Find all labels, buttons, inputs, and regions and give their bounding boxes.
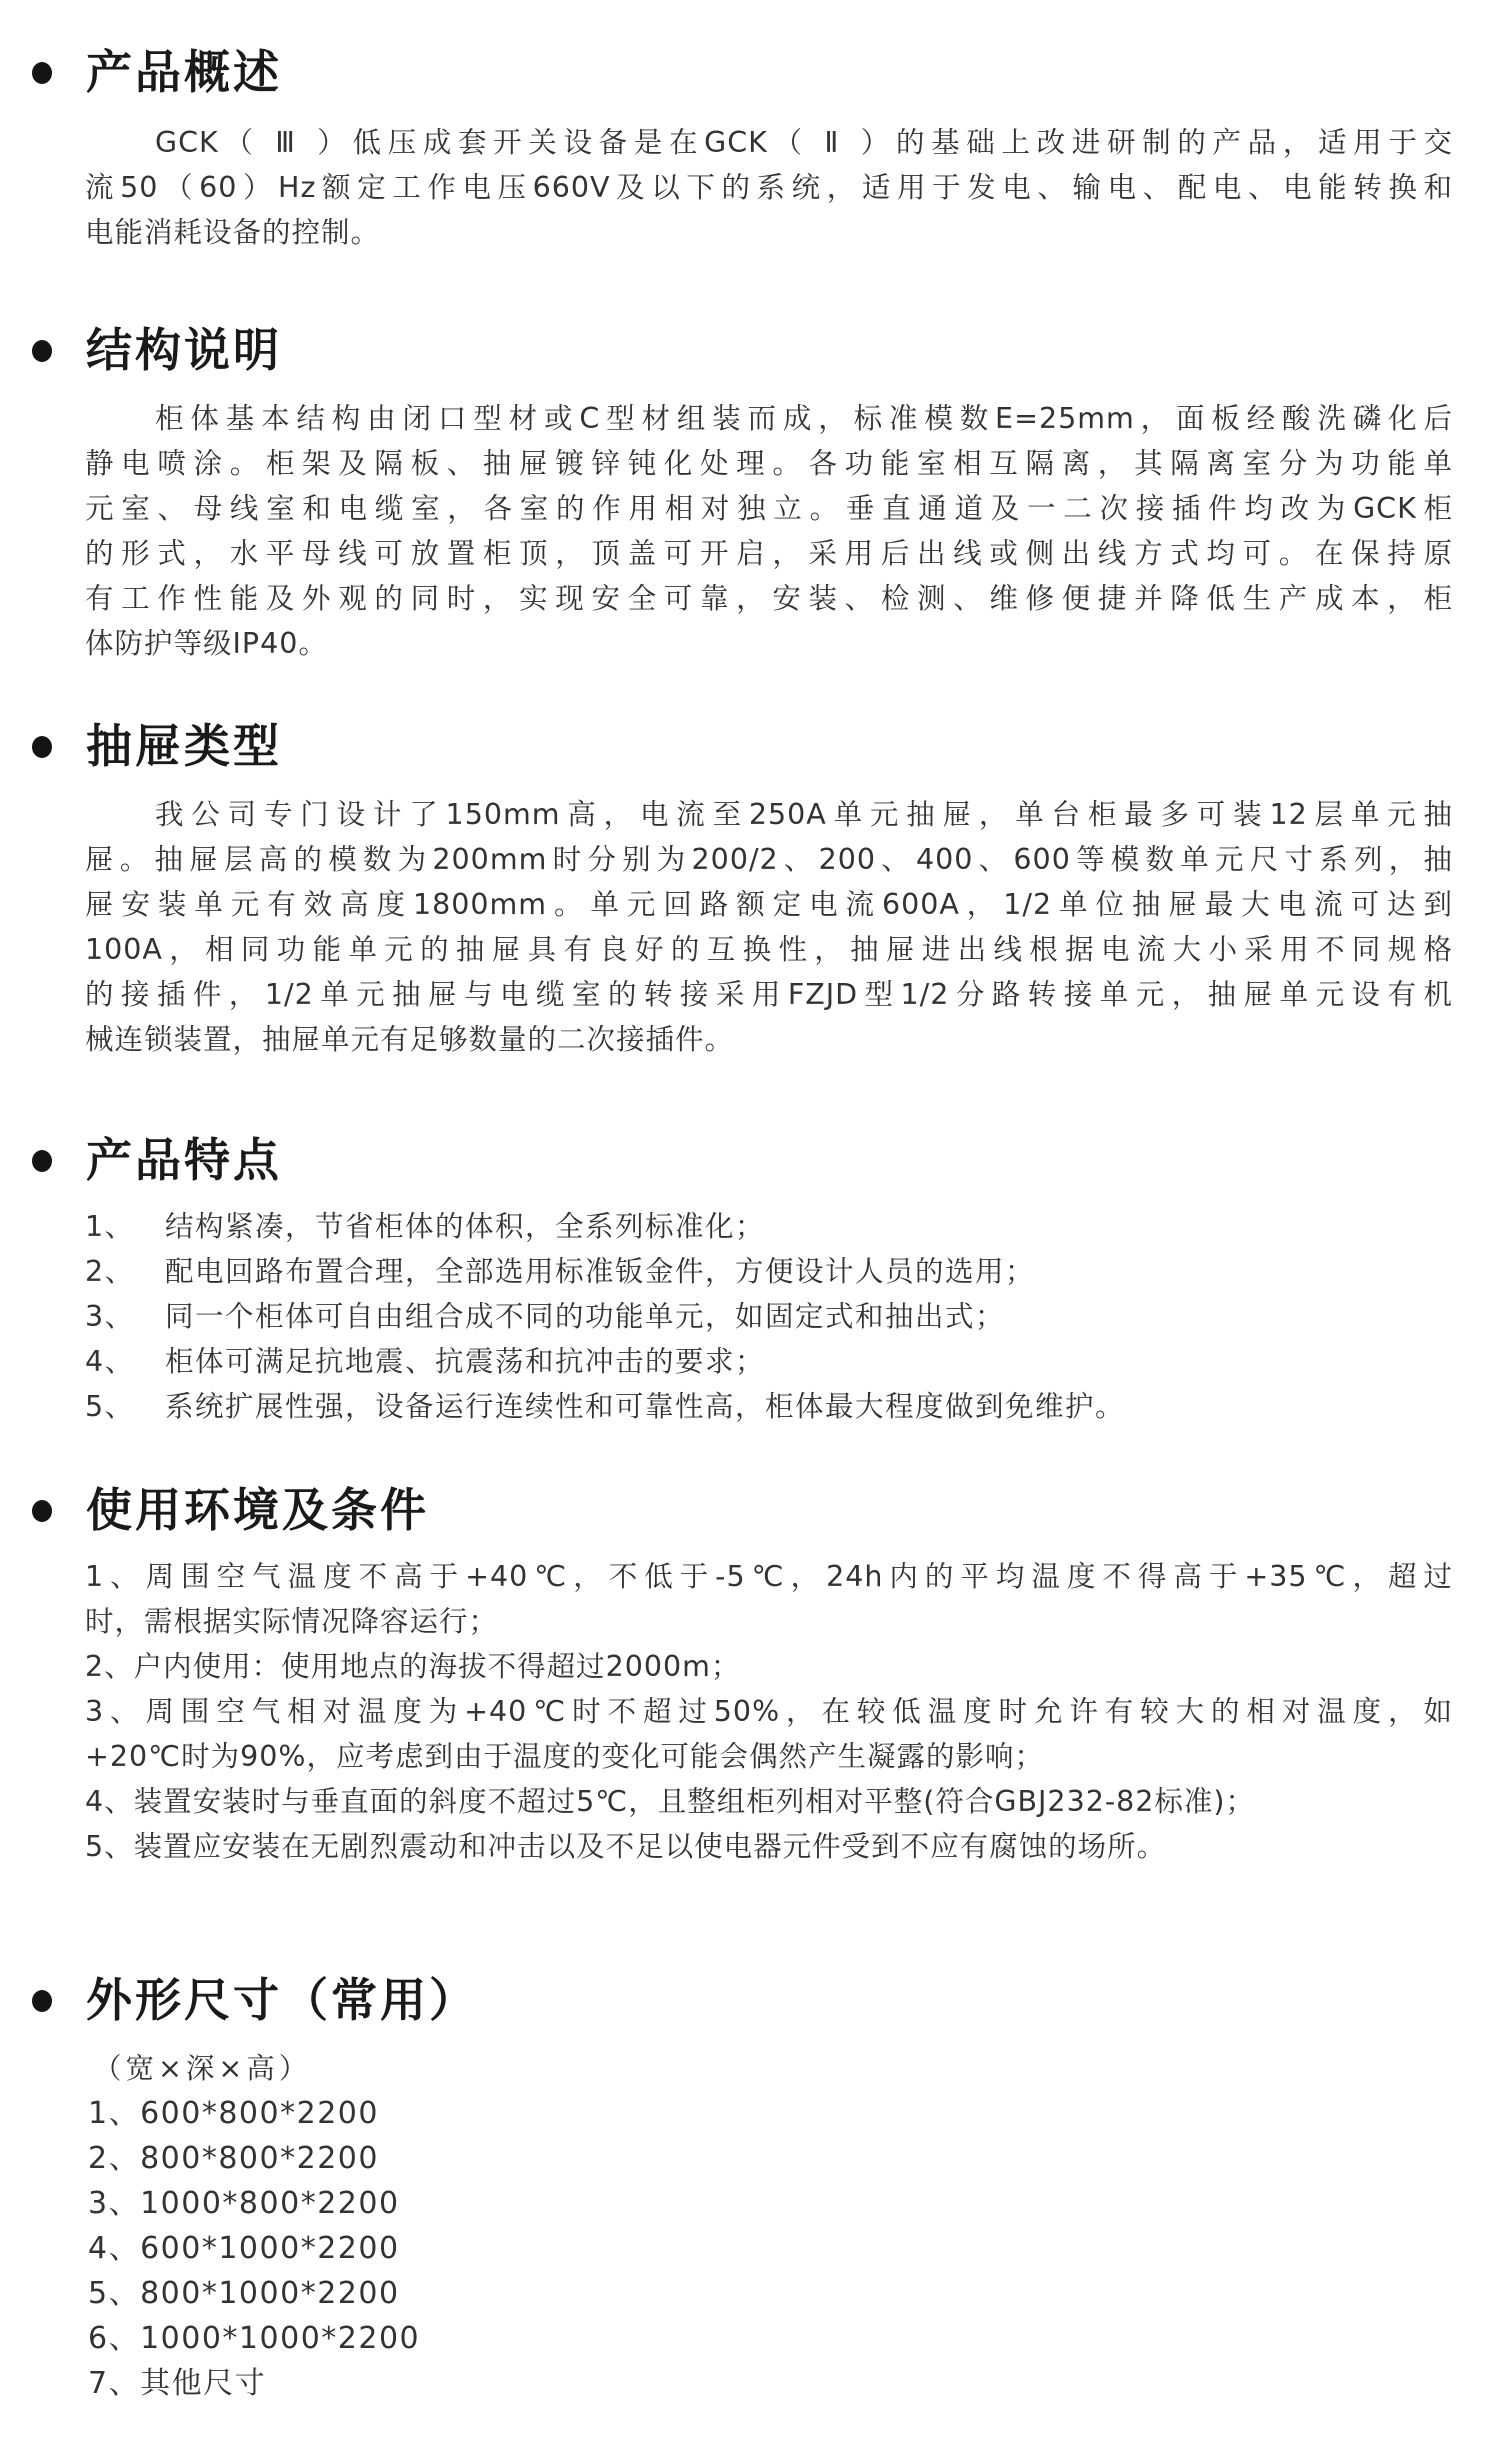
item-number: 1、 [85, 1204, 135, 1249]
item-text: 同一个柜体可自由组合成不同的功能单元，如固定式和抽出式； [165, 1294, 1005, 1339]
list-item: 1、 结构紧凑，节省柜体的体积，全系列标准化； [85, 1204, 1453, 1249]
section-title: 抽屉类型 [86, 716, 282, 776]
list-item: 1、600*800*2200 [85, 2091, 1453, 2136]
paragraph-line: 100A，相同功能单元的抽屉具有良好的互换性，抽屉进出线根据电流大小采用不同规格 [85, 927, 1453, 972]
paragraph-line: 屉安装单元有效高度1800mm。单元回路额定电流600A，1/2单位抽屉最大电流… [85, 882, 1453, 927]
paragraph-line: 流50（60）Hz额定工作电压660V及以下的系统，适用于发电、输电、配电、电能… [85, 165, 1453, 210]
bullet-icon [32, 340, 52, 362]
paragraph-line: 我公司专门设计了150mm高，电流至250A单元抽屉，单台柜最多可装12层单元抽 [85, 792, 1453, 837]
item-text: 结构紧凑，节省柜体的体积，全系列标准化； [165, 1204, 765, 1249]
item-number: 2、 [85, 1249, 135, 1294]
paragraph-line: 柜体基本结构由闭口型材或C型材组装而成，标准模数E=25mm，面板经酸洗磷化后 [85, 396, 1453, 441]
condition-line: 时，需根据实际情况降容运行； [85, 1599, 1453, 1644]
paragraph-line: 静电喷涂。柜架及隔板、抽屉镀锌钝化处理。各功能室相互隔离，其隔离室分为功能单 [85, 441, 1453, 486]
list-item: 5、800*1000*2200 [85, 2271, 1453, 2316]
bullet-icon [32, 1990, 52, 2012]
section-heading: 外形尺寸（常用） [0, 1970, 1500, 2030]
list-item: 4、600*1000*2200 [85, 2226, 1453, 2271]
item-number: 4、 [85, 1339, 135, 1384]
section-body: 柜体基本结构由闭口型材或C型材组装而成，标准模数E=25mm，面板经酸洗磷化后 … [85, 396, 1453, 666]
paragraph-line: 的接插件，1/2单元抽屉与电缆室的转接采用FZJD型1/2分路转接单元，抽屉单元… [85, 972, 1453, 1017]
paragraph-line: 体防护等级IP40。 [85, 621, 1453, 666]
list-item: 6、1000*1000*2200 [85, 2316, 1453, 2361]
list-item: 4、 柜体可满足抗地震、抗震荡和抗冲击的要求； [85, 1339, 1453, 1384]
section-title: 外形尺寸（常用） [86, 1970, 478, 2030]
list-item: 2、800*800*2200 [85, 2136, 1453, 2181]
item-number: 3、 [85, 1294, 135, 1339]
paragraph-line: 元室、母线室和电缆室，各室的作用相对独立。垂直通道及一二次接插件均改为GCK柜 [85, 486, 1453, 531]
item-text: 系统扩展性强，设备运行连续性和可靠性高，柜体最大程度做到免维护。 [165, 1384, 1125, 1429]
section-overview: 产品概述 GCK（ Ⅲ ）低压成套开关设备是在GCK（ Ⅱ ）的基础上改进研制的… [0, 42, 1500, 102]
condition-line: +20℃时为90%，应考虑到由于温度的变化可能会偶然产生凝露的影响； [85, 1734, 1453, 1779]
list-item: 3、1000*800*2200 [85, 2181, 1453, 2226]
section-dimensions: 外形尺寸（常用） （宽×深×高） 1、600*800*2200 2、800*80… [0, 1970, 1500, 2030]
condition-line: 5、装置应安装在无剧烈震动和冲击以及不足以使电器元件受到不应有腐蚀的场所。 [85, 1824, 1453, 1869]
section-drawer-types: 抽屉类型 我公司专门设计了150mm高，电流至250A单元抽屉，单台柜最多可装1… [0, 716, 1500, 776]
bullet-icon [32, 736, 52, 758]
paragraph-line: 的形式，水平母线可放置柜顶，顶盖可开启，采用后出线或侧出线方式均可。在保持原 [85, 531, 1453, 576]
dimension-subtitle: （宽×深×高） [85, 2046, 1453, 2091]
list-item: 3、 同一个柜体可自由组合成不同的功能单元，如固定式和抽出式； [85, 1294, 1453, 1339]
section-structure: 结构说明 柜体基本结构由闭口型材或C型材组装而成，标准模数E=25mm，面板经酸… [0, 320, 1500, 380]
condition-line: 3、周围空气相对温度为+40℃时不超过50%，在较低温度时允许有较大的相对温度，… [85, 1689, 1453, 1734]
bullet-icon [32, 1150, 52, 1172]
paragraph-line: 械连锁装置，抽屉单元有足够数量的二次接插件。 [85, 1017, 1453, 1062]
section-title: 使用环境及条件 [86, 1480, 429, 1540]
bullet-icon [32, 62, 52, 84]
list-item: 7、其他尺寸 [85, 2361, 1453, 2406]
section-title: 产品特点 [86, 1130, 282, 1190]
item-number: 5、 [85, 1384, 135, 1429]
item-text: 柜体可满足抗地震、抗震荡和抗冲击的要求； [165, 1339, 765, 1384]
paragraph-line: 电能消耗设备的控制。 [85, 210, 1453, 255]
paragraph-line: GCK（ Ⅲ ）低压成套开关设备是在GCK（ Ⅱ ）的基础上改进研制的产品，适用… [85, 120, 1453, 165]
section-features: 产品特点 1、 结构紧凑，节省柜体的体积，全系列标准化； 2、 配电回路布置合理… [0, 1130, 1500, 1190]
bullet-icon [32, 1500, 52, 1522]
section-body: GCK（ Ⅲ ）低压成套开关设备是在GCK（ Ⅱ ）的基础上改进研制的产品，适用… [85, 120, 1453, 255]
section-body: 1、周围空气温度不高于+40℃，不低于-5℃，24h内的平均温度不得高于+35℃… [85, 1554, 1453, 1869]
paragraph-line: 屉。抽屉层高的模数为200mm时分别为200/2、200、400、600等模数单… [85, 837, 1453, 882]
section-heading: 抽屉类型 [0, 716, 1500, 776]
list-item: 5、 系统扩展性强，设备运行连续性和可靠性高，柜体最大程度做到免维护。 [85, 1384, 1453, 1429]
condition-line: 4、装置安装时与垂直面的斜度不超过5℃，且整组柜列相对平整(符合GBJ232-8… [85, 1779, 1453, 1824]
paragraph-line: 有工作性能及外观的同时，实现安全可靠，安装、检测、维修便捷并降低生产成本，柜 [85, 576, 1453, 621]
section-heading: 使用环境及条件 [0, 1480, 1500, 1540]
section-environment: 使用环境及条件 1、周围空气温度不高于+40℃，不低于-5℃，24h内的平均温度… [0, 1480, 1500, 1540]
list-item: 2、 配电回路布置合理，全部选用标准钣金件，方便设计人员的选用； [85, 1249, 1453, 1294]
item-text: 配电回路布置合理，全部选用标准钣金件，方便设计人员的选用； [165, 1249, 1035, 1294]
section-title: 结构说明 [86, 320, 282, 380]
condition-line: 2、户内使用：使用地点的海拔不得超过2000m； [85, 1644, 1453, 1689]
section-heading: 产品特点 [0, 1130, 1500, 1190]
section-body: 我公司专门设计了150mm高，电流至250A单元抽屉，单台柜最多可装12层单元抽… [85, 792, 1453, 1062]
section-title: 产品概述 [86, 42, 282, 102]
feature-list: 1、 结构紧凑，节省柜体的体积，全系列标准化； 2、 配电回路布置合理，全部选用… [85, 1204, 1453, 1429]
section-heading: 产品概述 [0, 42, 1500, 102]
condition-line: 1、周围空气温度不高于+40℃，不低于-5℃，24h内的平均温度不得高于+35℃… [85, 1554, 1453, 1599]
dimension-list: （宽×深×高） 1、600*800*2200 2、800*800*2200 3、… [85, 2046, 1453, 2406]
section-heading: 结构说明 [0, 320, 1500, 380]
